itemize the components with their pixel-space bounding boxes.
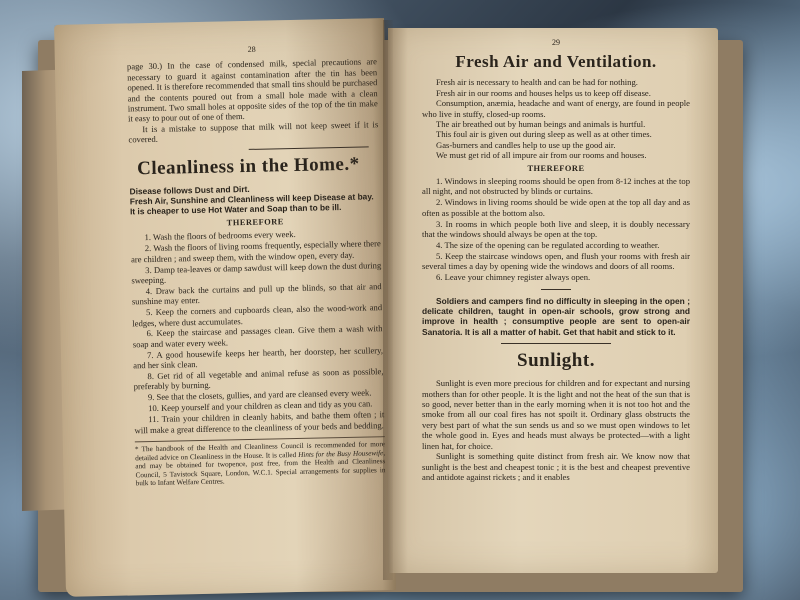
list-item: 4. The size of the opening can be regula… [422, 240, 690, 250]
cleanliness-list: 1. Wash the floors of bedrooms every wee… [130, 227, 384, 435]
intro-line: Consumption, anæmia, headache and want o… [422, 98, 690, 119]
divider [541, 289, 571, 290]
intro-line: The air breathed out by human beings and… [422, 119, 690, 129]
left-page-content: 28 page 30.) In the case of condensed mi… [127, 42, 386, 488]
intro-paragraph: page 30.) In the case of condensed milk,… [127, 57, 378, 125]
page-number: 29 [422, 38, 690, 48]
intro-paragraph-2: It is a mistake to suppose that milk wil… [128, 119, 378, 145]
divider [249, 146, 369, 150]
sunlight-paragraph: Sunlight is something quite distinct fro… [422, 451, 690, 482]
intro-line: Gas-burners and candles help to use up t… [422, 140, 690, 150]
intro-line: This foul air is given out during sleep … [422, 129, 690, 139]
left-page: 28 page 30.) In the case of condensed mi… [54, 18, 396, 597]
right-page: 29 Fresh Air and Ventilation. Fresh air … [388, 28, 718, 573]
list-item: 5. Keep the staircase windows open, and … [422, 251, 690, 272]
sunlight-paragraph: Sunlight is even more precious for child… [422, 378, 690, 451]
list-item: 2. Windows in living rooms should be wid… [422, 197, 690, 218]
divider [501, 343, 611, 344]
page-number: 28 [127, 42, 377, 58]
list-item: 1. Windows in sleeping rooms should be o… [422, 176, 690, 197]
section-title: Cleanliness in the Home.* [137, 153, 379, 180]
intro-line: We must get rid of all impure air from o… [422, 150, 690, 160]
intro-line: Fresh air in our rooms and houses helps … [422, 88, 690, 98]
section-title: Sunlight. [422, 350, 690, 372]
therefore-heading: THEREFORE [422, 164, 690, 174]
book-gutter [383, 20, 393, 580]
footnote: * The handbook of the Health and Cleanli… [135, 436, 386, 488]
section-title: Fresh Air and Ventilation. [422, 52, 690, 72]
intro-line: Fresh air is necessary to health and can… [422, 77, 690, 87]
right-page-content: 29 Fresh Air and Ventilation. Fresh air … [422, 38, 690, 482]
list-item: 3. In rooms in which people both live an… [422, 219, 690, 240]
ventilation-list: 1. Windows in sleeping rooms should be o… [422, 176, 690, 283]
list-item: 11. Train your children in cleanly habit… [134, 409, 384, 435]
list-item: 6. Leave your chimney register always op… [422, 272, 690, 282]
bold-paragraph: Soldiers and campers find no difficulty … [422, 296, 690, 338]
